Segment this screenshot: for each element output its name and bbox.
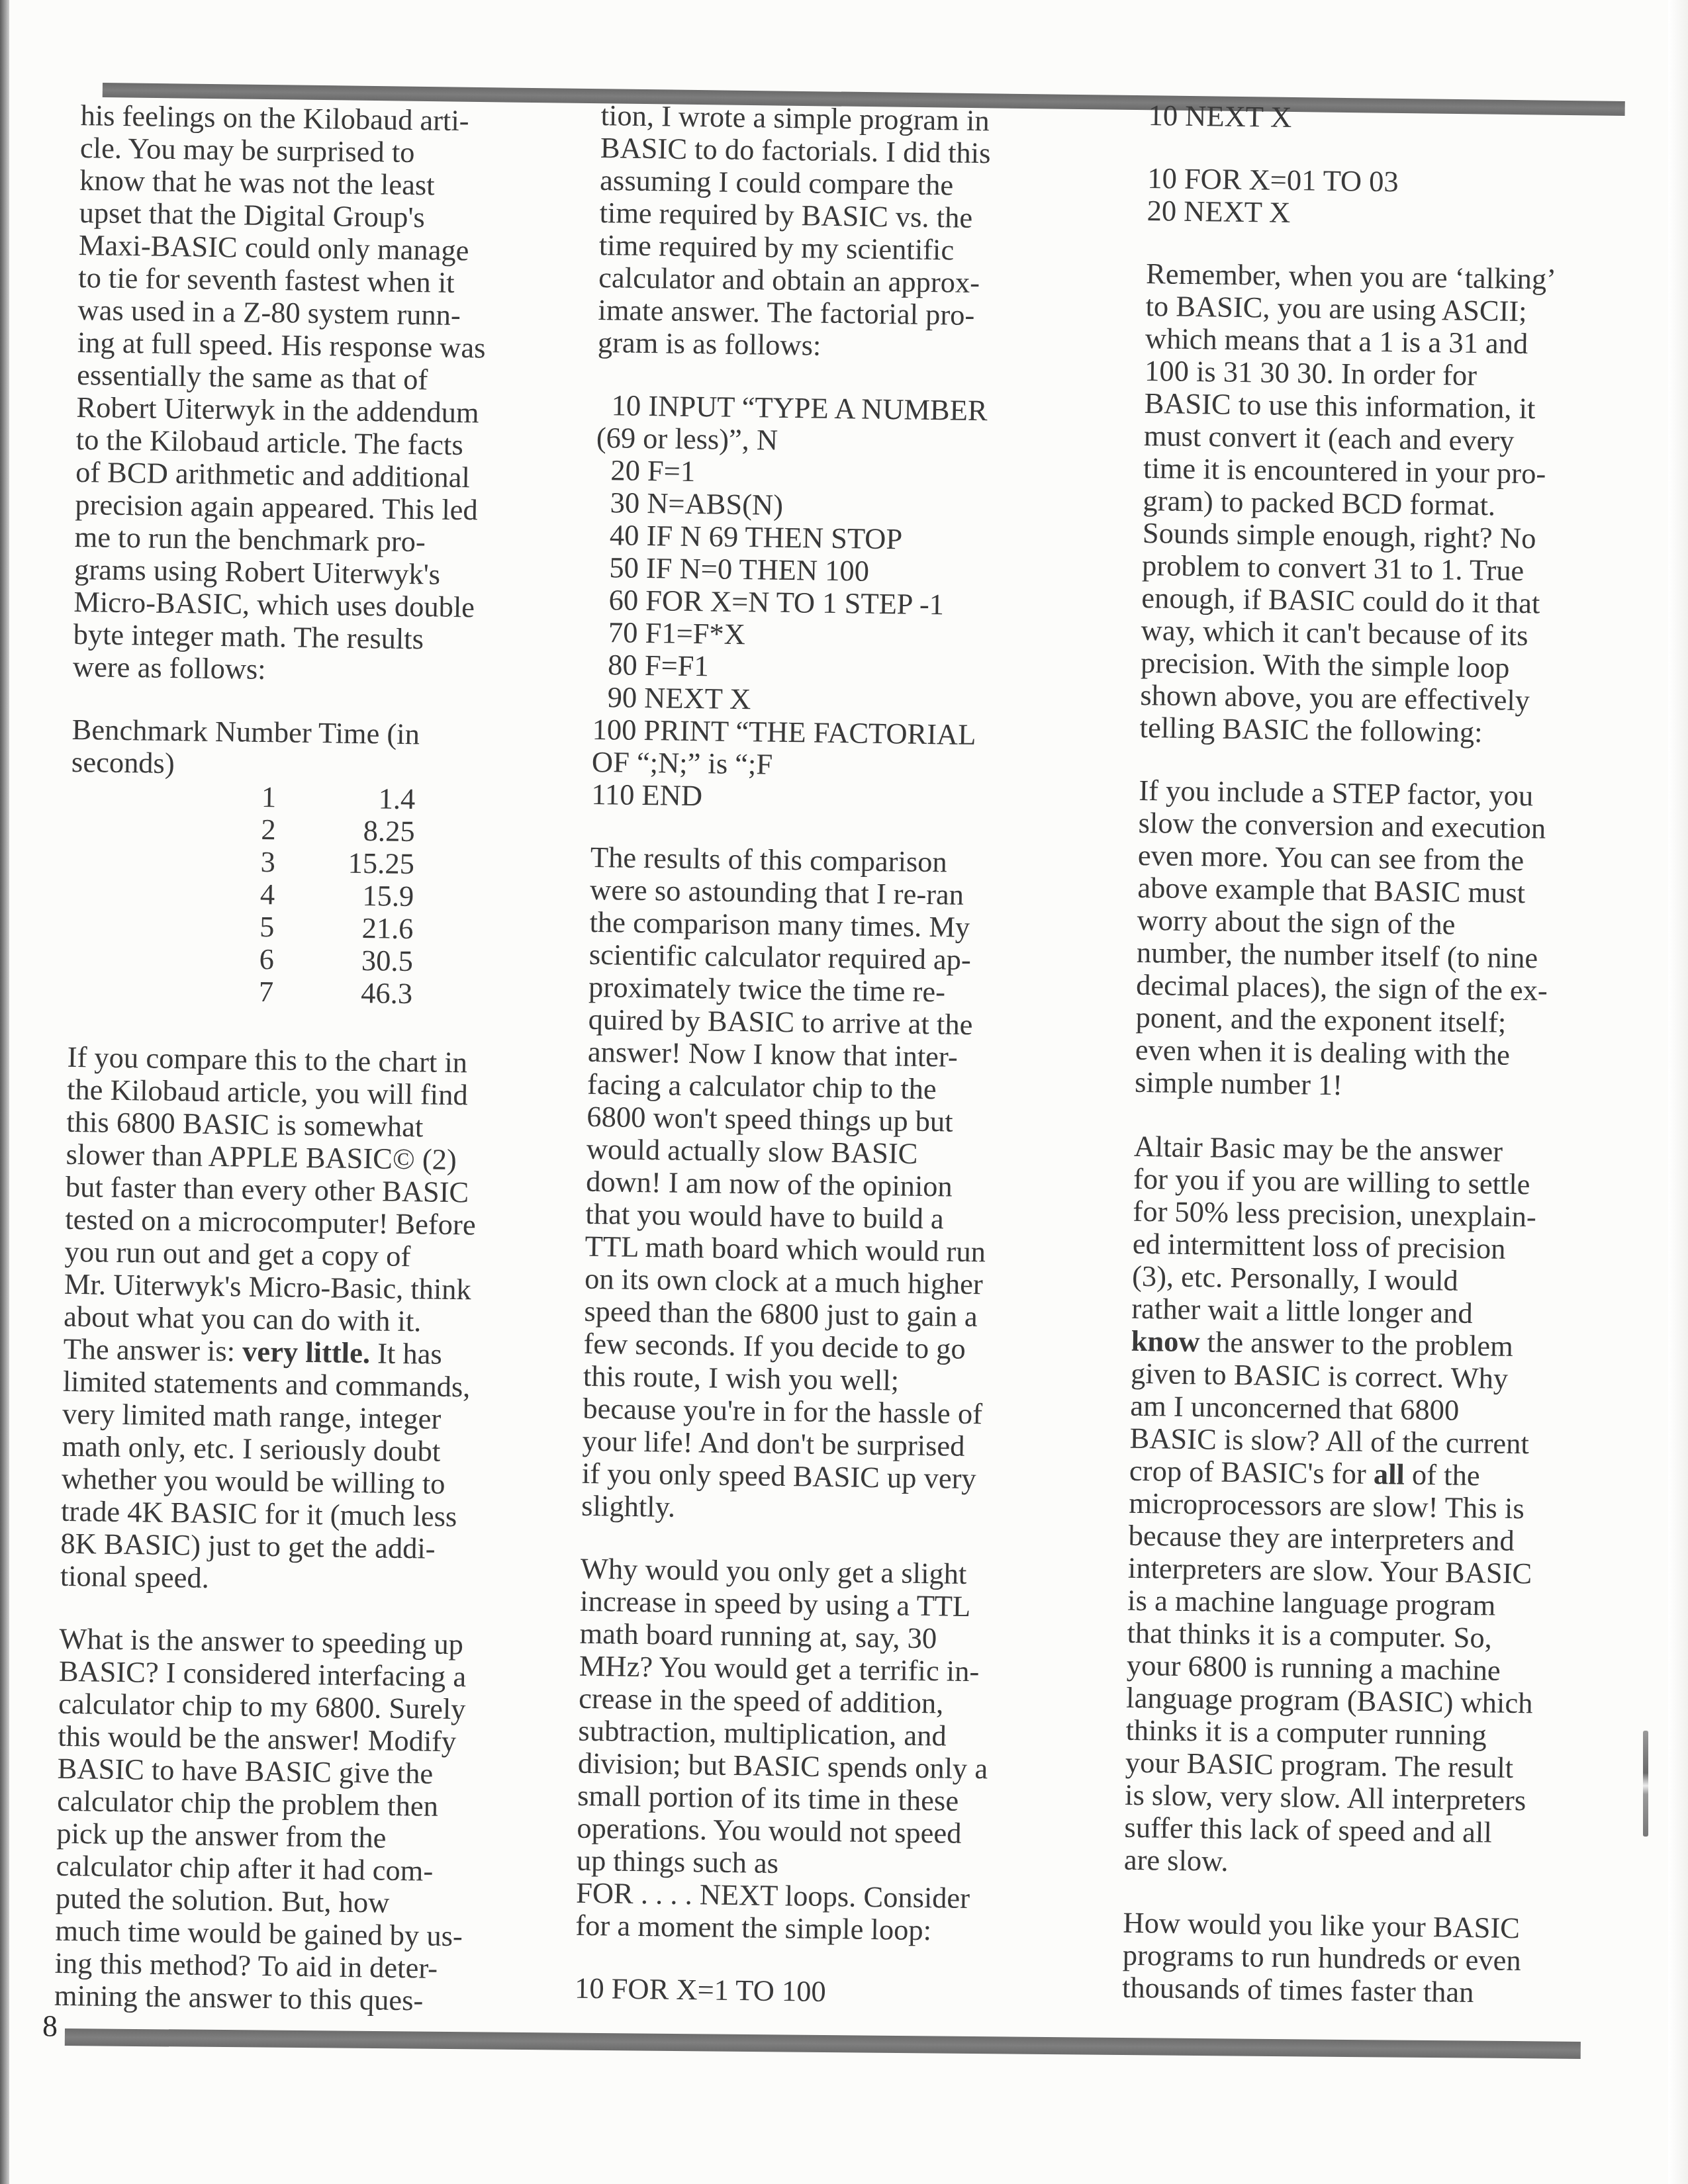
code-line-for-loop: 10 FOR X=1 TO 100 <box>575 1972 1078 2012</box>
paragraph-factorial-intro: tion, I wrote a simple program in BASIC … <box>598 99 1104 366</box>
paragraph-compare: If you compare this to the chart in the … <box>60 1041 571 1600</box>
benchmark-time: 15.25 <box>282 846 415 880</box>
table-row: 521.6 <box>69 908 414 945</box>
paragraph-how-would-you: How would you like your BASIC programs t… <box>1122 1907 1626 2011</box>
code-line: 20 NEXT X <box>1147 195 1650 234</box>
benchmark-number: 1 <box>71 778 283 813</box>
factorial-program-listing: 10 INPUT “TYPE A NUMBER (69 or less)”, N… <box>591 389 1100 818</box>
text-run: of the microprocessors are slow! This is… <box>1124 1458 1533 1878</box>
table-row: 28.25 <box>70 811 415 848</box>
benchmark-time: 1.4 <box>283 781 416 815</box>
benchmark-time: 15.9 <box>281 878 414 913</box>
column-3: 10 NEXT X 10 FOR X=01 TO 03 20 NEXT X Re… <box>1121 99 1652 2041</box>
page-edge-right <box>1668 0 1688 2184</box>
paragraph-why-slight: Why would you only get a slight increase… <box>575 1553 1084 1949</box>
benchmark-time: 8.25 <box>282 813 415 848</box>
paragraph-kilobaud: his feelings on the Kilobaud arti- cle. … <box>73 99 584 690</box>
benchmark-time: 46.3 <box>280 976 413 1010</box>
benchmark-number: 5 <box>69 908 281 943</box>
code-line: 110 END <box>591 778 1095 818</box>
page-number: 8 <box>42 2009 58 2044</box>
text-run: If you compare this to the chart in the … <box>63 1040 476 1368</box>
table-row: 415.9 <box>70 876 414 913</box>
benchmark-time: 30.5 <box>281 943 414 978</box>
paragraph-step-factor: If you include a STEP factor, you slow t… <box>1135 774 1642 1106</box>
table-row: 315.25 <box>70 843 415 880</box>
column-1: his feelings on the Kilobaud arti- cle. … <box>54 99 584 2049</box>
paragraph-results: The results of this comparison were so a… <box>581 841 1094 1529</box>
paragraph-speeding-up: What is the answer to speeding up BASIC?… <box>54 1623 563 2019</box>
benchmark-table-header: Benchmark Number Time (in seconds) <box>71 713 575 786</box>
paragraph-altair-basic: Altair Basic may be the answer for you i… <box>1124 1130 1638 1884</box>
paragraph-remember-ascii: Remember, when you are ‘talking’ to BASI… <box>1139 257 1649 751</box>
loop-listing-2: 10 FOR X=01 TO 03 20 NEXT X <box>1147 162 1650 234</box>
benchmark-table: 11.4 28.25 315.25 415.9 521.6 630.5 746.… <box>68 778 416 1010</box>
benchmark-number: 7 <box>68 973 281 1008</box>
benchmark-time: 21.6 <box>281 911 414 945</box>
emphasis-know: know <box>1131 1324 1200 1358</box>
emphasis-very-little: very little. <box>242 1335 370 1370</box>
column-2: tion, I wrote a simple program in BASIC … <box>575 99 1104 2011</box>
table-row: 746.3 <box>68 973 413 1010</box>
emphasis-all: all <box>1374 1457 1405 1491</box>
benchmark-number: 4 <box>70 876 282 911</box>
staple-icon <box>1643 1731 1648 1837</box>
benchmark-number: 6 <box>69 940 281 976</box>
table-row: 11.4 <box>71 778 416 815</box>
benchmark-number: 2 <box>70 811 283 846</box>
page-edge-shadow <box>0 0 9 2184</box>
code-line-next-x: 10 NEXT X <box>1148 99 1652 139</box>
text-run: It has limited statements and commands, … <box>60 1336 471 1594</box>
table-row: 630.5 <box>69 940 414 978</box>
benchmark-number: 3 <box>70 843 283 878</box>
text-run: Altair Basic may be the answer for you i… <box>1131 1130 1536 1330</box>
